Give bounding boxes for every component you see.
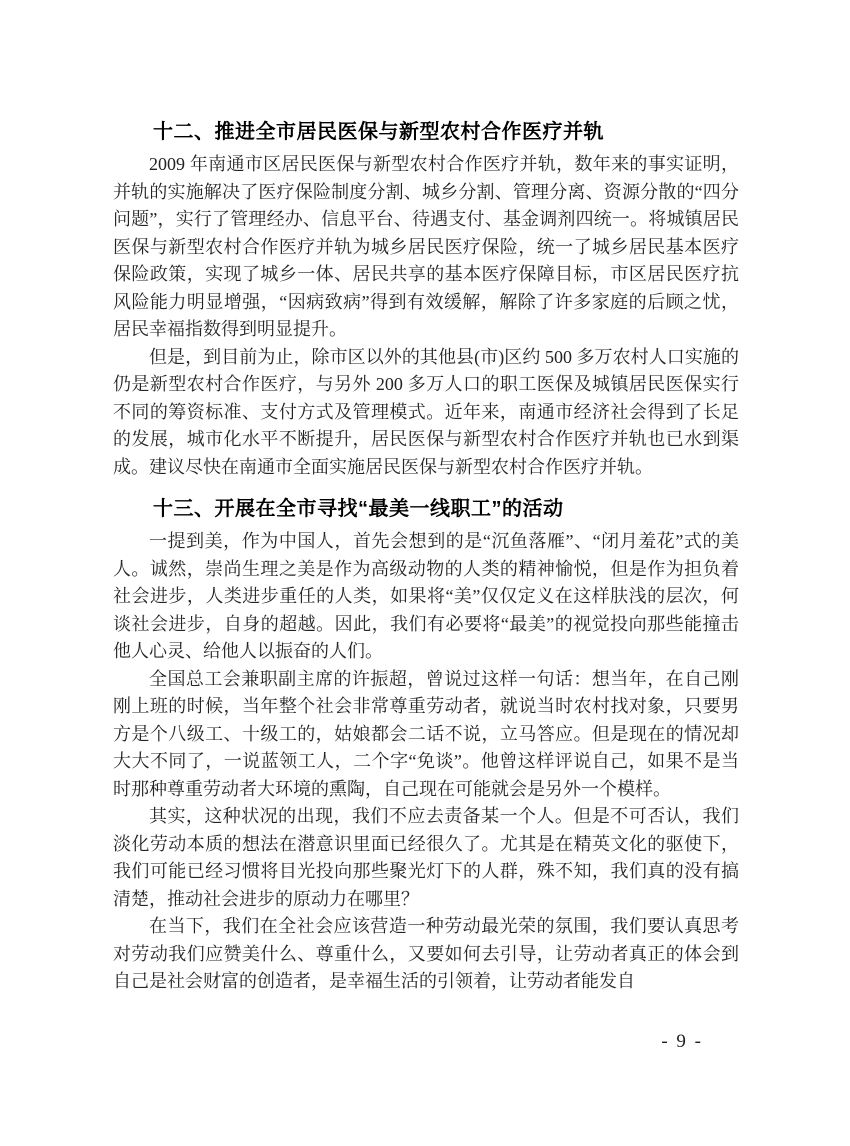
page-number: - 9 - xyxy=(661,1031,703,1053)
section-13-paragraph-1: 一提到美，作为中国人，首先会想到的是“沉鱼落雁”、“闭月羞花”式的美人。诚然，崇… xyxy=(113,528,739,666)
section-12-paragraph-1: 2009 年南通市区居民医保与新型农村合作医疗并轨，数年来的事实证明，并轨的实施… xyxy=(113,151,739,344)
section-12-paragraph-2: 但是，到目前为止，除市区以外的其他县(市)区约 500 多万农村人口实施的仍是新… xyxy=(113,344,739,482)
section-13-paragraph-3: 其实，这种状况的出现，我们不应去责备某一个人。但是不可否认，我们淡化劳动本质的想… xyxy=(113,803,739,913)
section-13-paragraph-2: 全国总工会兼职副主席的许振超，曾说过这样一句话：想当年，在自己刚刚上班的时候，当… xyxy=(113,666,739,804)
document-page: 十二、推进全市居民医保与新型农村合作医疗并轨 2009 年南通市区居民医保与新型… xyxy=(0,0,850,1146)
section-13-paragraph-4: 在当下，我们在全社会应该营造一种劳动最光荣的氛围，我们要认真思考对劳动我们应赞美… xyxy=(113,913,739,996)
section-12-heading: 十二、推进全市居民医保与新型农村合作医疗并轨 xyxy=(113,118,739,146)
page-content: 十二、推进全市居民医保与新型农村合作医疗并轨 2009 年南通市区居民医保与新型… xyxy=(113,110,739,996)
section-13-heading: 十三、开展在全市寻找“最美一线职工”的活动 xyxy=(113,495,739,523)
